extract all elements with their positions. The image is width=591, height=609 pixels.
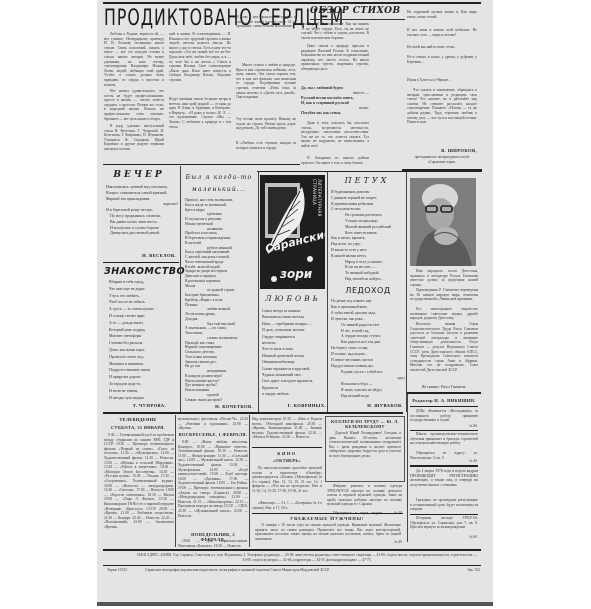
poem-title-znakomstvo: ЗНАКОМСТВО — [104, 266, 178, 277]
illustration-title-2: зори — [280, 267, 325, 281]
poem-line: Учусь его любить, — [109, 293, 179, 300]
section-rule — [410, 406, 478, 407]
portrait-text3: Его многогранное творчество посвящено со… — [410, 307, 478, 321]
review-col4-quote: Да, мы с любимой будем вместе — Русский … — [301, 86, 369, 120]
section-rule — [407, 392, 481, 394]
footer-rule — [103, 549, 481, 551]
ad-number: № 96 — [457, 424, 477, 429]
section-rule — [410, 430, 478, 431]
portrait-icon — [410, 178, 476, 266]
portrait-text2: Произведения Р. Гамзатова переведены на … — [410, 288, 478, 306]
poem-line: в сердце любовь. — [262, 391, 328, 397]
review-col5f: Что сказать в заключение, обращаясь к ав… — [407, 88, 477, 146]
review-col3b: Много стихов о любви и природе. Ярко в н… — [236, 63, 296, 115]
review-col4d: П. Лазаревич из нашего района прислал. О… — [301, 156, 369, 166]
poem-author-znakomstvo: Т. ЧУПРОВА. — [104, 403, 166, 408]
ad-number: № 40 — [457, 459, 477, 464]
registration-ad: До 1 марта 1976 года в отделе кадров ПРО… — [410, 469, 478, 497]
section-rule — [103, 412, 403, 414]
poem-line: И ночи не темны, — [109, 388, 179, 395]
section-rule — [252, 447, 322, 448]
factory-ad: Фабрике ремонта и пошива одежды ТРЕБУЮТС… — [327, 484, 402, 510]
respected-ad: 11 января с 10 часов утра на пошив мужск… — [255, 523, 401, 545]
portrait-photo — [410, 178, 476, 266]
poem-line: Который день подряд. — [109, 327, 179, 334]
column-divider — [175, 415, 176, 547]
section-rule — [103, 164, 300, 165]
footer-rule — [103, 565, 481, 566]
poem-line: Вопрос становиться самой крепкой, — [106, 190, 178, 196]
review-col1: Любовь к Родине, верность ей, — вот глав… — [104, 32, 164, 86]
review-col5d: Но в степях, в полях, у дремы, у дубравы… — [407, 55, 477, 77]
registration-ad-tail: Граждане, не прошедшие регистрацию в уст… — [410, 498, 478, 512]
column-divider — [249, 415, 250, 547]
poem-line: А здесь — то очень шумно — [109, 306, 179, 313]
poem-line: Глазами без раскола. — [109, 340, 179, 347]
poem-author-byl: Н. КОЧЕТКОВ. — [185, 404, 253, 409]
poem-line: Машины и машинок. — [109, 361, 179, 368]
printer-info: Саранская типография управления издатель… — [145, 568, 415, 574]
section-rule — [103, 262, 179, 263]
poem-line: Над землей не пойдет... — [331, 277, 405, 283]
ad-number: № 40 — [382, 540, 402, 545]
section-rule — [410, 465, 478, 467]
kino-venue: «ОКТЯБРЬ» — [252, 458, 322, 463]
poem-line: И звезды чуть видны. — [109, 395, 179, 402]
poem-line: Мигают светофоры — [109, 333, 179, 340]
poem-byl: Прошло, как стать маленьким, Был я когда… — [185, 198, 257, 405]
kino-extra: «Фантазер» — 31, 1 — «Балерина» (в 2-х с… — [252, 501, 322, 511]
quote-line: Погубит нас как семья. — [301, 111, 369, 116]
poem-line: Проносит сетью лед, — [109, 354, 179, 361]
review-col4: рам Сергей Павлов пишет: Как ни манить —… — [301, 22, 369, 42]
poem-title-petukh: ПЕТУХ — [331, 176, 403, 185]
review-col5e: Играя в Хочетсы и Чёрные... — [407, 78, 477, 86]
column-divider — [258, 172, 259, 412]
school-ad-contact: Обращаться по адресу: ул. Пролетарская, … — [410, 451, 478, 459]
review-col2: шей в жизни. В стихотворениях — И. Ильин… — [169, 32, 231, 94]
poem-line: Самым своим костром? — [185, 398, 257, 403]
poem-author-vecher: Н. ВЕСЕЛОВ. — [104, 253, 176, 258]
section-rule — [402, 169, 482, 171]
page-edge — [97, 602, 493, 606]
kino-title: КИНО — [252, 451, 322, 456]
section-rule — [257, 171, 482, 172]
poem-line: И солнце светит ярко, — [109, 313, 179, 320]
print-run: Тираж 15152 — [107, 568, 135, 574]
saranskie-zori-illustration: ЛИТЕРАТУРНАЯ СТРАНИЦА Саранские зори — [260, 175, 325, 289]
kino-schedule: По многочисленным просьбам зрителей толь… — [252, 466, 322, 500]
column-divider — [180, 166, 181, 412]
editor-credit: Редактор И. А. НИКИШИН. — [410, 398, 478, 403]
poem-ledokhod: По речке лед плывет, как Как в причинной… — [331, 299, 405, 403]
dosaaf-ad: ДОКу объявляется «Восходящим» за постоян… — [410, 409, 478, 425]
review-col5: На сердечной музыке жизнь и. Как ширь тв… — [407, 10, 477, 26]
top-rule — [103, 2, 481, 4]
review-col3d: В «Любви» есть строчки, каждая из которы… — [236, 141, 296, 153]
tv-day1: СУББОТА, 31 ЯНВАРЯ. — [104, 425, 172, 430]
poem-title-vecher: ВЕЧЕР — [104, 170, 174, 180]
poem-line: Что мне еще не дорог. — [109, 286, 179, 293]
portrait-text4: Высокого звания Героя Социалистического … — [410, 322, 478, 382]
review-signature: В. ШИРОКОВ, — [407, 148, 477, 153]
congrats-title: КОЛЛЕГИ ПО ТРУДУ — Ю. Л. КЕЛЬЧЕВСКОМУ — [329, 419, 401, 429]
review-col4b: Цикл стихов о природе прислал в редакцию… — [301, 44, 369, 84]
review-col3c: Эту песню свою пронесу, Никому не отдам … — [236, 117, 296, 139]
column-divider — [327, 172, 328, 412]
poem-vecher: Наклонились лунный над потолком, Вопрос … — [106, 184, 178, 260]
poem-line: И приручат дороги — [109, 374, 179, 381]
tv-col2-top: музыкального фестиваля «Песня-76». 22.30… — [178, 417, 248, 431]
review-col3: И живу в них прошлое, и строчки, и сон —… — [236, 15, 296, 61]
review-col4c: Даже в этих, казалось бы, неплохих стиха… — [301, 121, 369, 155]
poem-line: Чтоб после не забыть. — [109, 299, 179, 306]
poem-line: Наклонились лунный над потолком, — [106, 184, 178, 190]
order-number: Зак. 552 — [452, 568, 480, 574]
poem-line: Над вешней вода. — [331, 394, 405, 400]
review-col2b: Ведут машины сквозь большие ветры и мете… — [169, 97, 231, 153]
tv-col3: Над композитором 19.30 — «Ваш в Родном м… — [252, 417, 322, 445]
poem-author-ledokhod: Н. ШУВАКОВ. — [331, 403, 403, 408]
poem-petukh: Я будильником доволен С раннею зорькой н… — [331, 190, 405, 286]
tv-day2-programme: 9.00 — «Наша любовь неистовая. Концерт».… — [178, 440, 248, 532]
review-col1c: В ряду удачных выступлений стихи Н. Весе… — [104, 124, 164, 152]
review-col5b: И нет меня в живом этой небылью. Но скол… — [407, 28, 477, 42]
lost-ad: Потеряны паспорт УРАЛ-3А. Обращаться: ул… — [410, 516, 478, 536]
tv-day2: ВОСКРЕСЕНЬЕ, 1 ФЕВРАЛЯ. — [178, 432, 248, 437]
portrait-text1: Имя народного поэта Дагестана, проникло … — [410, 269, 478, 287]
poem-title-ledokhod: ЛЕДОХОД — [331, 286, 405, 295]
poem-title-byl: Был я когда-то маленький... — [183, 172, 255, 196]
tv-day3-programme: 18.00 — Для старшеклассников. Программа … — [178, 539, 248, 547]
tv-header: ТЕЛЕВИДЕНИЕ — [104, 417, 172, 422]
poem-title-lyubov: ЛЮБОВЬ — [260, 294, 326, 303]
school-ad: Школа производственно-технического обуче… — [410, 432, 478, 450]
ad-number: № 60 — [457, 535, 477, 540]
review-col5c: Но моей как найти свою стезю... — [407, 45, 477, 53]
poem-author-lyubov: Г. КОВРИНЫХ. — [262, 403, 326, 408]
tv-day1-programme: 9.30 — Телевизионный клуб по проблемам м… — [104, 433, 174, 545]
section-rule — [252, 513, 403, 514]
footer-address: НАШ АДРЕС: 430000, Гор. Саранск, Советск… — [137, 553, 477, 563]
section-subtitle: ОБЗОР СТИХОВ — [310, 6, 405, 20]
poem-line: Подруги-отвечают шепы — [109, 367, 179, 374]
poem-line: Вбираю в тебя город, — [109, 279, 179, 286]
newspaper-page: ПРОДИКТОВАНО СЕРДЦЕМ ОБЗОР СТИХОВ Любовь… — [97, 0, 493, 606]
poem-lyubov: Сияла звезда за окнами, Выплывала самая … — [262, 308, 328, 404]
portrait-caption: На снимке: Расул Гамзатов. — [410, 385, 478, 389]
section-rule — [410, 514, 478, 515]
poem-line: За городом куда-то, — [109, 381, 179, 388]
review-col1b: Нет ничего удивительного, что поэты не б… — [104, 89, 164, 121]
respected-title: УВАЖАЕМЫЕ МУЖЧИНЫ! — [257, 516, 397, 521]
poem-line: А то — дожди висят, — [109, 320, 179, 327]
poem-znakomstvo: Вбираю в тебя город, Что мне еще не доро… — [109, 279, 179, 403]
congrats-text: Дорогой Юрий Леонардович! Сегодня, в ден… — [329, 431, 401, 477]
column-divider — [407, 394, 408, 542]
poem-line: Двинулись рассветной рекой. — [106, 230, 178, 236]
review-signature-role: преподаватель литературного клуба «Саран… — [407, 155, 477, 165]
poem-line: Дома, как наши горы, — [109, 347, 179, 354]
column-divider — [406, 172, 407, 412]
